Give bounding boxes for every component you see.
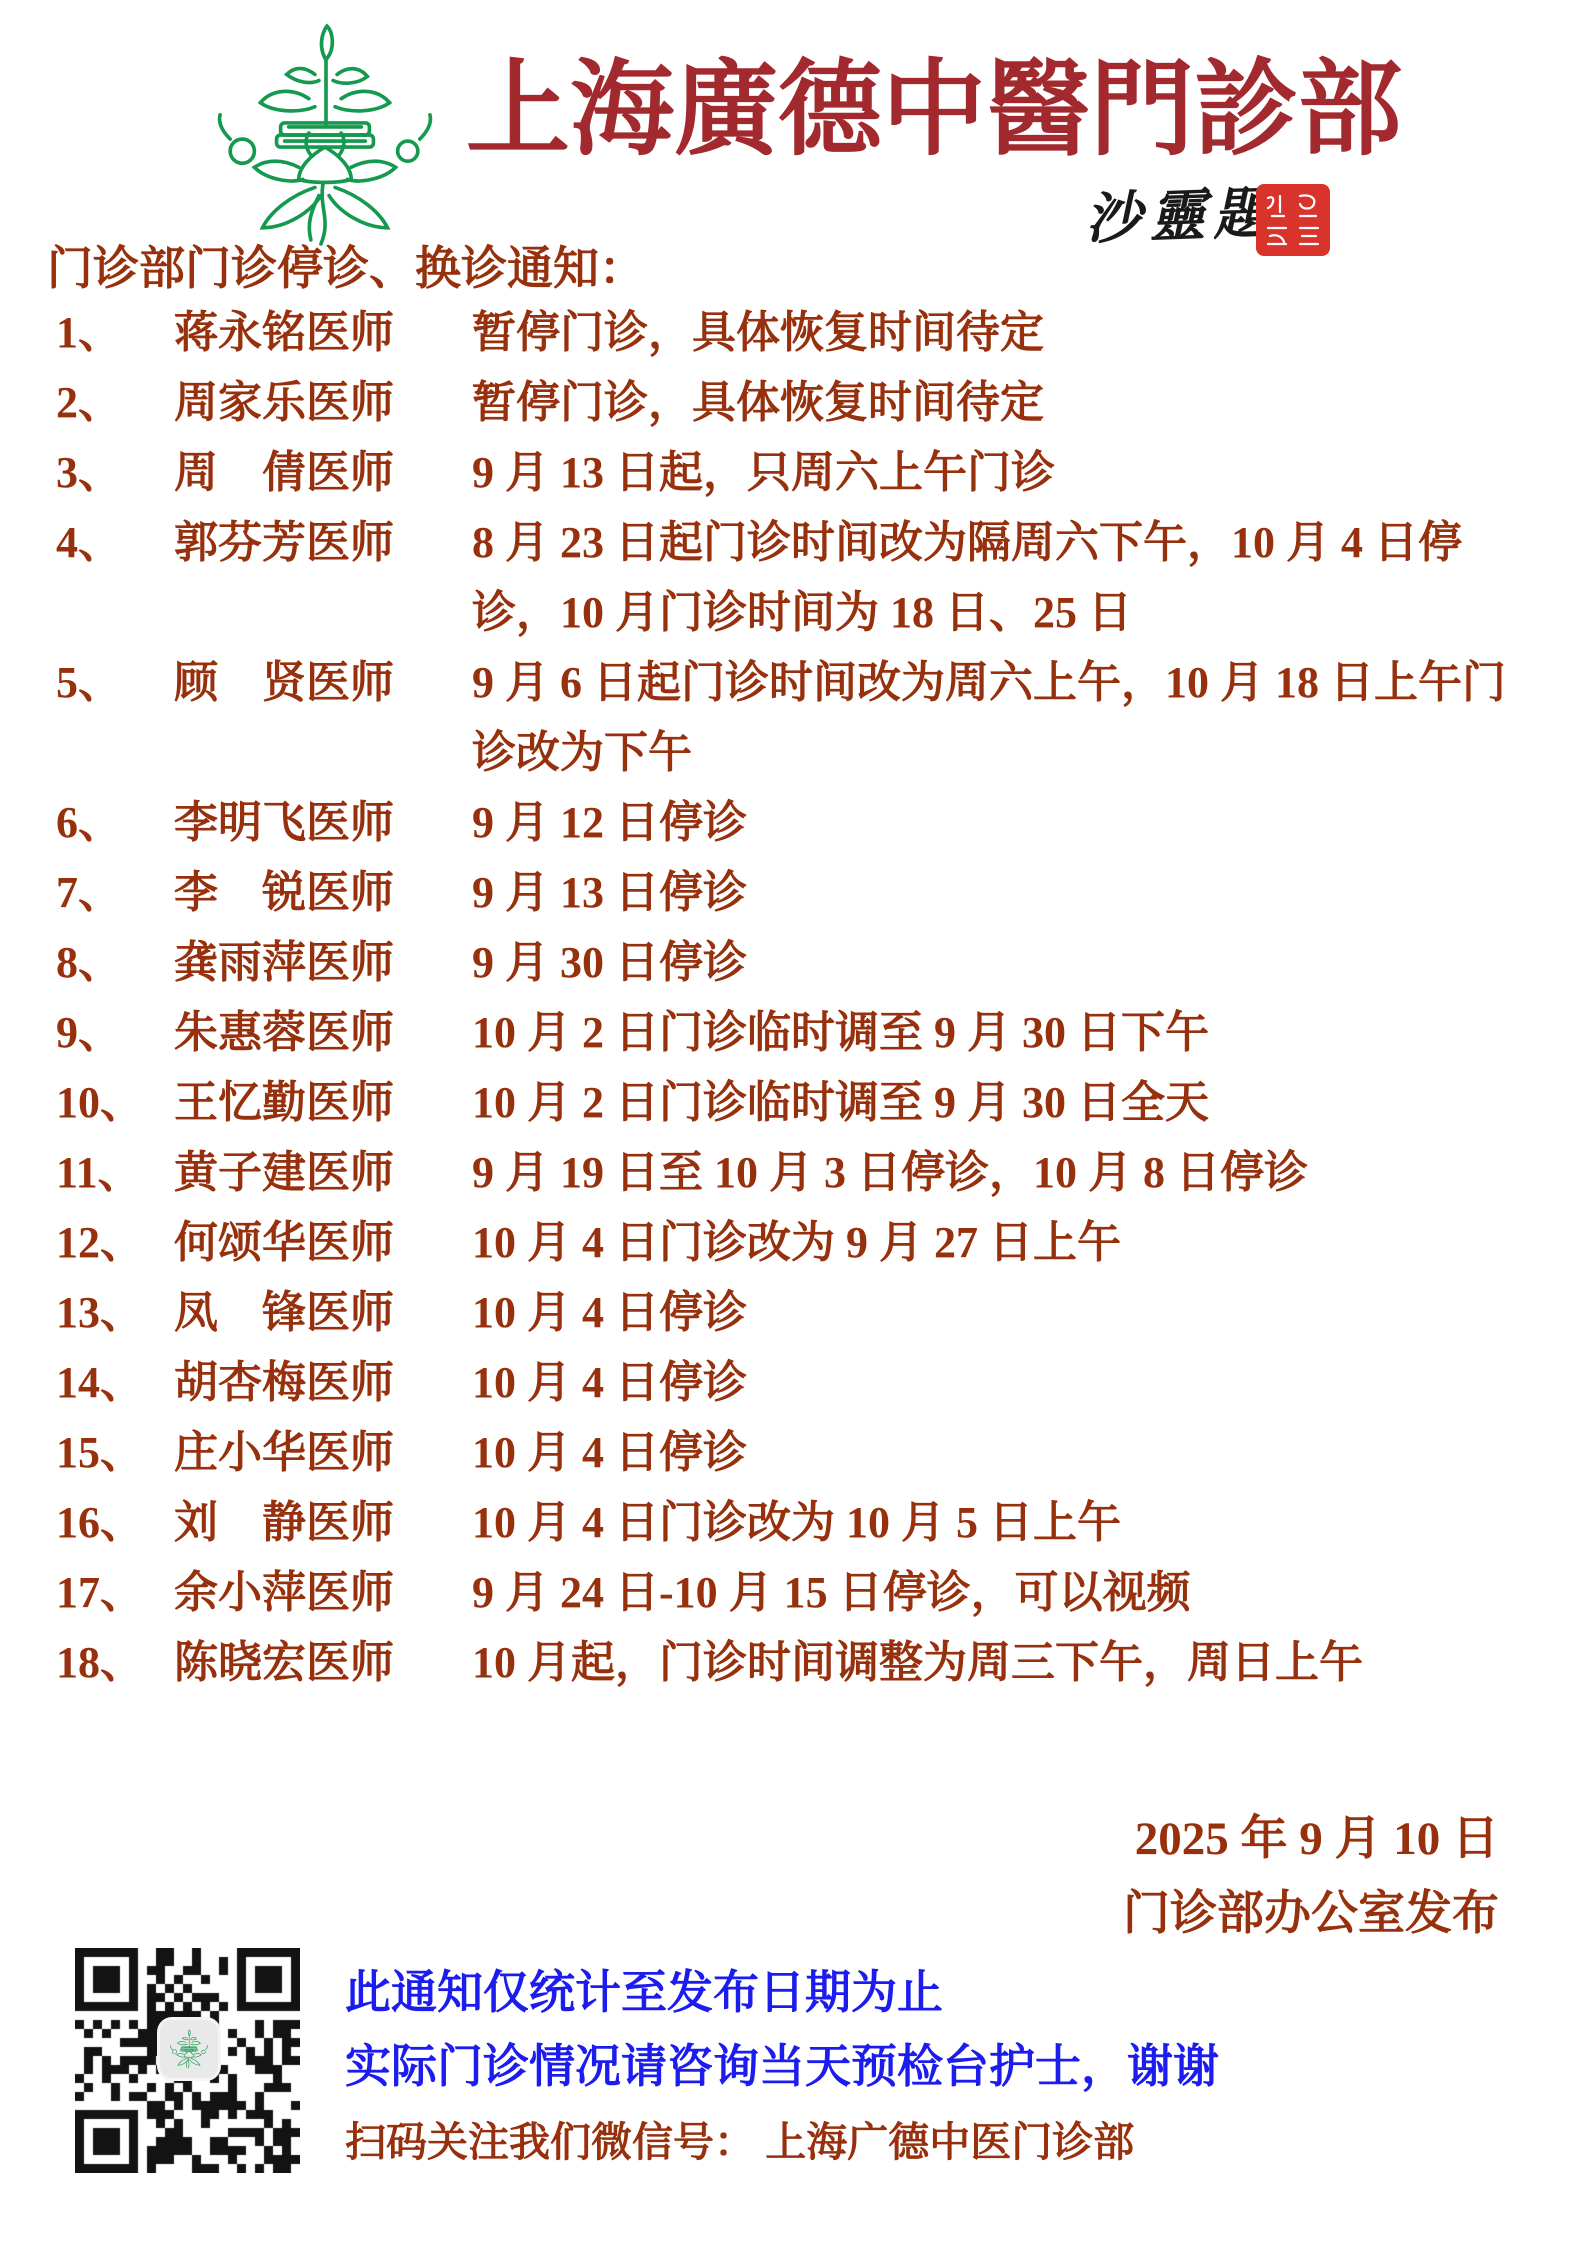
- doctor-name: 凤 锋医师: [174, 1278, 472, 1348]
- notice-item: 14、 胡杏梅医师 10 月 4 日停诊: [56, 1348, 1548, 1418]
- notice-item: 11、 黄子建医师 9 月 19 日至 10 月 3 日停诊，10 月 8 日停…: [56, 1138, 1548, 1208]
- notice-item: 16、 刘 静医师 10 月 4 日门诊改为 10 月 5 日上午: [56, 1488, 1548, 1558]
- doctor-name: 李明飞医师: [174, 788, 472, 858]
- item-number: 12、: [56, 1208, 174, 1278]
- item-number: 13、: [56, 1278, 174, 1348]
- calligraphy-seal-icon: [1256, 184, 1330, 256]
- doctor-name: 龚雨萍医师: [174, 928, 472, 998]
- notice-document: 上海廣德中醫門診部 沙靈題 门诊部门诊停诊、换诊通知： 1、 蒋永铭医师 暂停门…: [0, 0, 1588, 2245]
- item-number: 3、: [56, 438, 174, 508]
- item-number: 8、: [56, 928, 174, 998]
- item-number: 14、: [56, 1348, 174, 1418]
- wechat-qr-code: [75, 1948, 300, 2173]
- notice-item: 12、 何颂华医师 10 月 4 日门诊改为 9 月 27 日上午: [56, 1208, 1548, 1278]
- clinic-title: 上海廣德中醫門診部: [466, 36, 1402, 186]
- notice-item: 6、 李明飞医师 9 月 12 日停诊: [56, 788, 1548, 858]
- schedule-change: 9 月 12 日停诊: [472, 788, 1548, 858]
- item-number: 15、: [56, 1418, 174, 1488]
- item-number: 7、: [56, 858, 174, 928]
- doctor-name: 周家乐医师: [174, 368, 472, 438]
- notice-item: 13、 凤 锋医师 10 月 4 日停诊: [56, 1278, 1548, 1348]
- issue-date: 2025 年 9 月 10 日: [1123, 1802, 1499, 1877]
- item-number: 6、: [56, 788, 174, 858]
- schedule-change: 9 月 13 日停诊: [472, 858, 1548, 928]
- item-number: 16、: [56, 1488, 174, 1558]
- wechat-follow-line: 扫码关注我们微信号： 上海广德中医门诊部: [345, 2112, 1555, 2172]
- doctor-name: 余小萍医师: [174, 1558, 472, 1628]
- notice-item: 18、 陈晓宏医师 10 月起，门诊时间调整为周三下午，周日上午: [56, 1628, 1548, 1698]
- schedule-change: 暂停门诊，具体恢复时间待定: [472, 368, 1548, 438]
- schedule-change: 9 月 6 日起门诊时间改为周六上午，10 月 18 日上午门诊改为下午: [472, 648, 1548, 788]
- notice-list: 1、 蒋永铭医师 暂停门诊，具体恢复时间待定 2、 周家乐医师 暂停门诊，具体恢…: [56, 298, 1548, 1698]
- notice-item: 3、 周 倩医师 9 月 13 日起，只周六上午门诊: [56, 438, 1548, 508]
- doctor-name: 李 锐医师: [174, 858, 472, 928]
- schedule-change: 10 月 4 日停诊: [472, 1418, 1548, 1488]
- notice-item: 8、 龚雨萍医师 9 月 30 日停诊: [56, 928, 1548, 998]
- item-number: 2、: [56, 368, 174, 438]
- doctor-name: 郭芬芳医师: [174, 508, 472, 648]
- issue-office: 门诊部办公室发布: [1123, 1877, 1499, 1952]
- notice-item: 9、 朱惠蓉医师 10 月 2 日门诊临时调至 9 月 30 日下午: [56, 998, 1548, 1068]
- footer-notes: 此通知仅统计至发布日期为止 实际门诊情况请咨询当天预检台护士，谢谢 扫码关注我们…: [345, 1956, 1555, 2172]
- notice-item: 17、 余小萍医师 9 月 24 日-10 月 15 日停诊，可以视频: [56, 1558, 1548, 1628]
- issue-block: 2025 年 9 月 10 日 门诊部办公室发布: [1123, 1802, 1499, 1952]
- item-number: 18、: [56, 1628, 174, 1698]
- schedule-change: 10 月 4 日门诊改为 9 月 27 日上午: [472, 1208, 1548, 1278]
- doctor-name: 黄子建医师: [174, 1138, 472, 1208]
- notice-item: 7、 李 锐医师 9 月 13 日停诊: [56, 858, 1548, 928]
- notice-item: 2、 周家乐医师 暂停门诊，具体恢复时间待定: [56, 368, 1548, 438]
- note-line-1: 此通知仅统计至发布日期为止: [345, 1956, 1555, 2030]
- qr-center-logo-icon: [160, 2020, 218, 2078]
- schedule-change: 10 月 4 日门诊改为 10 月 5 日上午: [472, 1488, 1548, 1558]
- item-number: 1、: [56, 298, 174, 368]
- doctor-name: 何颂华医师: [174, 1208, 472, 1278]
- schedule-change: 10 月起，门诊时间调整为周三下午，周日上午: [472, 1628, 1548, 1698]
- notice-item: 4、 郭芬芳医师 8 月 23 日起门诊时间改为隔周六下午，10 月 4 日停诊…: [56, 508, 1548, 648]
- item-number: 5、: [56, 648, 174, 788]
- notice-item: 10、 王忆勤医师 10 月 2 日门诊临时调至 9 月 30 日全天: [56, 1068, 1548, 1138]
- doctor-name: 王忆勤医师: [174, 1068, 472, 1138]
- clinic-plant-logo-icon: [192, 22, 458, 248]
- doctor-name: 胡杏梅医师: [174, 1348, 472, 1418]
- schedule-change: 10 月 4 日停诊: [472, 1278, 1548, 1348]
- schedule-change: 9 月 30 日停诊: [472, 928, 1548, 998]
- doctor-name: 陈晓宏医师: [174, 1628, 472, 1698]
- schedule-change: 9 月 24 日-10 月 15 日停诊，可以视频: [472, 1558, 1548, 1628]
- doctor-name: 蒋永铭医师: [174, 298, 472, 368]
- doctor-name: 庄小华医师: [174, 1418, 472, 1488]
- schedule-change: 10 月 4 日停诊: [472, 1348, 1548, 1418]
- schedule-change: 10 月 2 日门诊临时调至 9 月 30 日下午: [472, 998, 1548, 1068]
- doctor-name: 刘 静医师: [174, 1488, 472, 1558]
- calligrapher-signature: 沙靈題: [1084, 169, 1279, 256]
- item-number: 9、: [56, 998, 174, 1068]
- schedule-change: 暂停门诊，具体恢复时间待定: [472, 298, 1548, 368]
- item-number: 10、: [56, 1068, 174, 1138]
- notice-item: 1、 蒋永铭医师 暂停门诊，具体恢复时间待定: [56, 298, 1548, 368]
- note-line-2: 实际门诊情况请咨询当天预检台护士，谢谢: [345, 2030, 1555, 2104]
- schedule-change: 9 月 19 日至 10 月 3 日停诊，10 月 8 日停诊: [472, 1138, 1548, 1208]
- notice-item: 5、 顾 贤医师 9 月 6 日起门诊时间改为周六上午，10 月 18 日上午门…: [56, 648, 1548, 788]
- doctor-name: 顾 贤医师: [174, 648, 472, 788]
- doctor-name: 朱惠蓉医师: [174, 998, 472, 1068]
- notice-heading: 门诊部门诊停诊、换诊通知：: [47, 232, 645, 298]
- notice-item: 15、 庄小华医师 10 月 4 日停诊: [56, 1418, 1548, 1488]
- schedule-change: 8 月 23 日起门诊时间改为隔周六下午，10 月 4 日停诊，10 月门诊时间…: [472, 508, 1548, 648]
- schedule-change: 10 月 2 日门诊临时调至 9 月 30 日全天: [472, 1068, 1548, 1138]
- schedule-change: 9 月 13 日起，只周六上午门诊: [472, 438, 1548, 508]
- item-number: 17、: [56, 1558, 174, 1628]
- doctor-name: 周 倩医师: [174, 438, 472, 508]
- item-number: 11、: [56, 1138, 174, 1208]
- item-number: 4、: [56, 508, 174, 648]
